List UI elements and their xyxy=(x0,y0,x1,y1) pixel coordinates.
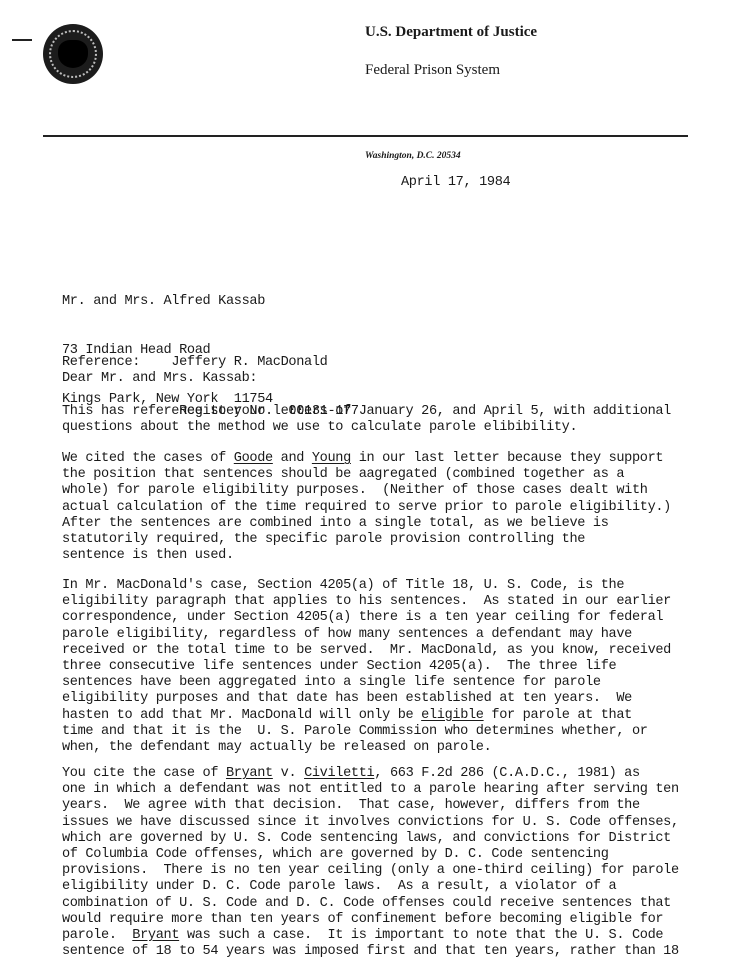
letter-date: April 17, 1984 xyxy=(401,175,510,191)
case-name: Bryant xyxy=(132,928,179,943)
reference-line: Jeffery R. MacDonald xyxy=(171,355,327,370)
text-line: parole. Bryant was such a case. It is im… xyxy=(62,928,679,944)
text-line: statutorily required, the specific parol… xyxy=(62,532,671,548)
text-line: hasten to add that Mr. MacDonald will on… xyxy=(62,708,671,724)
text-line: combination of U. S. Code and D. C. Code… xyxy=(62,896,679,912)
paragraph: You cite the case of Bryant v. Civiletti… xyxy=(62,766,679,960)
paragraph: This has reference to your letters of Ja… xyxy=(62,404,671,436)
text-line: We cited the cases of Goode and Young in… xyxy=(62,451,671,467)
case-name: Civiletti xyxy=(304,766,374,781)
text-line: years. We agree with that decision. That… xyxy=(62,798,679,814)
margin-mark xyxy=(12,39,32,41)
letterhead-divider xyxy=(43,135,688,137)
text-line: sentence of 18 to 54 years was imposed f… xyxy=(62,944,679,960)
text-line: correspondence, under Section 4205(a) th… xyxy=(62,610,671,626)
case-name: Young xyxy=(312,451,351,466)
text-line: eligibility purposes and that date has b… xyxy=(62,691,671,707)
text-line: received or the total time to be served.… xyxy=(62,643,671,659)
doj-seal-icon xyxy=(43,24,103,84)
text-line: three consecutive life sentences under S… xyxy=(62,659,671,675)
case-name: Goode xyxy=(234,451,273,466)
case-name: Bryant xyxy=(226,766,273,781)
text-line: provisions. There is no ten year ceiling… xyxy=(62,863,679,879)
text-line: issues we have discussed since it involv… xyxy=(62,815,679,831)
text-line: time and that it is the U. S. Parole Com… xyxy=(62,724,671,740)
text-line: whole) for parole eligibility purposes. … xyxy=(62,483,671,499)
text-line: which are governed by U. S. Code sentenc… xyxy=(62,831,679,847)
salutation: Dear Mr. and Mrs. Kassab: xyxy=(62,371,257,387)
text-line: actual calculation of the time required … xyxy=(62,500,671,516)
reference-label: Reference: xyxy=(62,355,140,370)
paragraph: In Mr. MacDonald's case, Section 4205(a)… xyxy=(62,578,671,756)
text-line: when, the defendant may actually be rele… xyxy=(62,740,671,756)
text-line: sentence is then used. xyxy=(62,548,671,564)
bureau-name: Federal Prison System xyxy=(365,62,500,79)
text-line: eligibility paragraph that applies to hi… xyxy=(62,594,671,610)
department-name: U.S. Department of Justice xyxy=(365,24,537,41)
paragraph: We cited the cases of Goode and Young in… xyxy=(62,451,671,564)
text-line: parole eligibility, regardless of how ma… xyxy=(62,627,671,643)
text-line: You cite the case of Bryant v. Civiletti… xyxy=(62,766,679,782)
text-line: of Columbia Code offenses, which are gov… xyxy=(62,847,679,863)
city-line: Washington, D.C. 20534 xyxy=(365,151,461,161)
text-line: After the sentences are combined into a … xyxy=(62,516,671,532)
text-line: eligibility under D. C. Code parole laws… xyxy=(62,879,679,895)
text-line: sentences have been aggregated into a si… xyxy=(62,675,671,691)
text-line: would require more than ten years of con… xyxy=(62,912,679,928)
case-name: eligible xyxy=(421,708,483,723)
address-line: Mr. and Mrs. Alfred Kassab xyxy=(62,294,273,310)
text-line: questions about the method we use to cal… xyxy=(62,420,671,436)
text-line: This has reference to your letters of Ja… xyxy=(62,404,671,420)
eagle-icon xyxy=(58,40,88,68)
text-line: the position that sentences should be aa… xyxy=(62,467,671,483)
text-line: In Mr. MacDonald's case, Section 4205(a)… xyxy=(62,578,671,594)
text-line: one in which a defendant was not entitle… xyxy=(62,782,679,798)
